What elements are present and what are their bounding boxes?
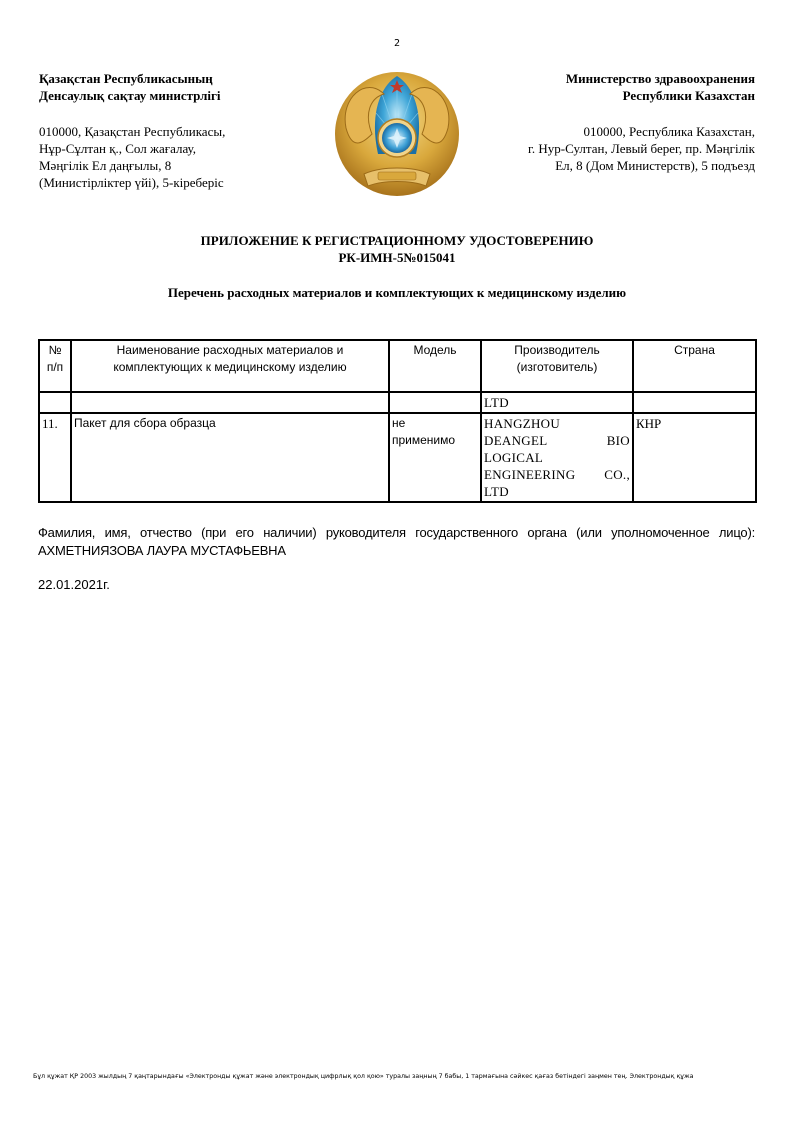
table-header-row: № п/п Наименование расходных материалов … [39,340,756,392]
header-manufacturer: Производитель (изготовитель) [481,340,633,392]
cell-num: 11. [39,413,71,502]
address-kz-line4: (Министірліктер үйі), 5-кіреберіс [39,174,309,191]
signer-block: Фамилия, имя, отчество (при его наличии)… [38,524,755,560]
org-name-ru-line2: Республики Казахстан [455,87,755,104]
manufacturer-line5: LTD [484,483,630,500]
manufacturer-word: CO., [604,466,630,483]
cell-model: не применимо [389,413,481,502]
manufacturer-line4: ENGINEERING CO., [484,466,630,483]
cell-manufacturer: LTD [481,392,633,413]
model-line2: применимо [392,432,478,449]
cell-country [633,392,756,413]
cell-model [389,392,481,413]
cell-country: КНР [633,413,756,502]
manufacturer-word: ENGINEERING [484,466,575,483]
header-name: Наименование расходных материалов и комп… [71,340,389,392]
manufacturer-word: BIO [607,432,630,449]
certificate-number: РК-ИМН-5№015041 [0,249,794,266]
page-number: 2 [0,38,794,49]
cell-manufacturer: HANGZHOU DEANGEL BIO LOGICAL ENGINEERING… [481,413,633,502]
consumables-table: № п/п Наименование расходных материалов … [38,339,757,503]
org-name-kz-line2: Денсаулық сақтау министрлігі [39,87,309,104]
address-kz: 010000, Қазақстан Республикасы, Нұр-Сұлт… [39,123,309,191]
state-emblem-icon [326,58,468,206]
cell-name [71,392,389,413]
address-kz-line1: 010000, Қазақстан Республикасы, [39,123,309,140]
manufacturer-line1: HANGZHOU [484,415,630,432]
signer-label: Фамилия, имя, отчество (при его наличии)… [38,525,755,540]
address-ru-line2: г. Нур-Султан, Левый берег, пр. Мәңгілік [455,140,755,157]
title-line1: ПРИЛОЖЕНИЕ К РЕГИСТРАЦИОННОМУ УДОСТОВЕРЕ… [0,232,794,249]
legal-footer: Бұл құжат ҚР 2003 жылдың 7 қаңтарындағы … [33,1073,794,1080]
model-line1: не [392,415,478,432]
manufacturer-word: DEANGEL [484,432,547,449]
org-name-kz-line1: Қазақстан Республикасының [39,70,309,87]
cell-name: Пакет для сбора образца [71,413,389,502]
document-title: ПРИЛОЖЕНИЕ К РЕГИСТРАЦИОННОМУ УДОСТОВЕРЕ… [0,232,794,266]
address-ru-line1: 010000, Республика Казахстан, [455,123,755,140]
table-row: LTD [39,392,756,413]
document-subtitle: Перечень расходных материалов и комплект… [0,285,794,301]
org-name-ru-line1: Министерство здравоохранения [455,70,755,87]
address-ru-line3: Ел, 8 (Дом Министерств), 5 подъезд [455,157,755,174]
cell-num [39,392,71,413]
signer-name: АХМЕТНИЯЗОВА ЛАУРА МУСТАФЬЕВНА [38,543,286,558]
header-model: Модель [389,340,481,392]
address-ru: 010000, Республика Казахстан, г. Нур-Сул… [455,123,755,174]
header-country: Страна [633,340,756,392]
manufacturer-line3: LOGICAL [484,449,630,466]
header-left-kazakh: Қазақстан Республикасының Денсаулық сақт… [39,70,309,191]
document-date: 22.01.2021г. [38,577,110,592]
header-num: № п/п [39,340,71,392]
address-kz-line3: Мәңгілік Ел даңғылы, 8 [39,157,309,174]
header-right-russian: Министерство здравоохранения Республики … [455,70,755,174]
table-row: 11. Пакет для сбора образца не применимо… [39,413,756,502]
address-kz-line2: Нұр-Сұлтан қ., Сол жағалау, [39,140,309,157]
manufacturer-line2: DEANGEL BIO [484,432,630,449]
